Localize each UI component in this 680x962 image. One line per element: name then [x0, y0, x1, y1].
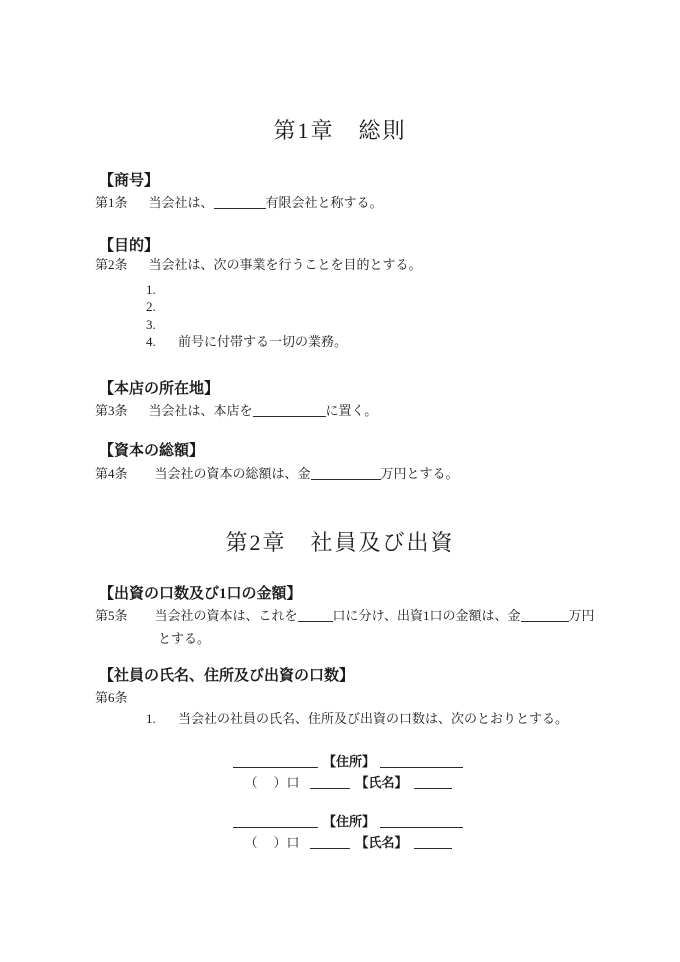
- member-2-address-line: 【住所】: [0, 812, 680, 831]
- blank-office-location: [253, 403, 326, 417]
- article-6-label: 第6条: [95, 689, 128, 707]
- blank-unit-count: [298, 608, 333, 622]
- section-header-members: 【社員の氏名、住所及び出資の口数】: [99, 666, 354, 686]
- blank-capital-amount: [311, 466, 381, 480]
- blank-address-left: [233, 814, 318, 828]
- list-item-number: 1.: [146, 281, 178, 299]
- purpose-list-item-2: 2.: [146, 298, 178, 316]
- address-label: 【住所】: [323, 814, 375, 829]
- list-item-text: 前号に付帯する一切の業務。: [178, 334, 347, 349]
- list-item-number: 1.: [146, 710, 178, 728]
- article-5-continuation: とする。: [158, 630, 210, 648]
- document-page: 第1章 総則 【商号】 第1条当会社は、有限会社と称する。 【目的】 第2条当会…: [0, 0, 680, 962]
- article-3-text-before: 当会社は、本店を: [149, 403, 253, 418]
- member-1-address-line: 【住所】: [0, 752, 680, 771]
- blank-unit-amount: [521, 608, 569, 622]
- article-1-line: 第1条当会社は、有限会社と称する。: [95, 194, 383, 212]
- article-4-label: 第4条: [95, 465, 128, 483]
- article-2-label: 第2条: [95, 256, 128, 274]
- chapter-2-title: 第2章 社員及び出資: [0, 528, 680, 558]
- list-item-text: 当会社の社員の氏名、住所及び出資の口数は、次のとおりとする。: [178, 711, 568, 726]
- article-2-text: 当会社は、次の事業を行うことを目的とする。: [149, 257, 422, 272]
- article-1-text-after: 有限会社と称する。: [266, 195, 383, 210]
- article-4-text-before: 当会社の資本の総額は、金: [155, 466, 311, 481]
- article-5-text-part3: 万円: [569, 608, 595, 623]
- article-4-line: 第4条当会社の資本の総額は、金万円とする。: [95, 465, 459, 483]
- blank-units-left: [310, 775, 350, 789]
- purpose-list-item-1: 1.: [146, 281, 178, 299]
- article-3-label: 第3条: [95, 402, 128, 420]
- article-4-text-after: 万円とする。: [381, 466, 459, 481]
- blank-company-name: [214, 195, 266, 209]
- blank-address-right: [380, 814, 463, 828]
- article-5-line: 第5条当会社の資本は、これを口に分け、出資1口の金額は、金万円: [95, 607, 595, 625]
- section-header-capital: 【資本の総額】: [99, 441, 204, 461]
- blank-name-right: [414, 835, 452, 849]
- blank-address-left: [233, 754, 318, 768]
- section-header-trade-name: 【商号】: [99, 171, 159, 191]
- chapter-1-title: 第1章 総則: [0, 116, 680, 146]
- article-5-text-part1: 当会社の資本は、これを: [155, 608, 298, 623]
- paren-open: （: [244, 775, 257, 790]
- paren-close-unit: ）口: [273, 775, 299, 790]
- article-5-label: 第5条: [95, 607, 128, 625]
- paren-open: （: [244, 835, 257, 850]
- list-item-number: 4.: [146, 333, 178, 351]
- article-1-label: 第1条: [95, 194, 128, 212]
- list-item-number: 2.: [146, 298, 178, 316]
- blank-address-right: [380, 754, 463, 768]
- name-label: 【氏名】: [356, 835, 408, 850]
- article-5-text-part2: 口に分け、出資1口の金額は、金: [333, 608, 521, 623]
- article-3-text-after: に置く。: [326, 403, 378, 418]
- member-1-units-line: （）口【氏名】: [0, 773, 680, 792]
- article-3-line: 第3条当会社は、本店をに置く。: [95, 402, 377, 420]
- paren-close-unit: ）口: [273, 835, 299, 850]
- address-label: 【住所】: [323, 754, 375, 769]
- name-label: 【氏名】: [356, 775, 408, 790]
- section-header-units: 【出資の口数及び1口の金額】: [99, 584, 302, 604]
- article-1-text-before: 当会社は、: [149, 195, 214, 210]
- purpose-list-item-4: 4.前号に付帯する一切の業務。: [146, 333, 347, 351]
- list-item-number: 3.: [146, 316, 178, 334]
- blank-name-right: [414, 775, 452, 789]
- blank-units-left: [310, 835, 350, 849]
- member-2-units-line: （）口【氏名】: [0, 833, 680, 852]
- section-header-head-office: 【本店の所在地】: [99, 379, 219, 399]
- section-header-purpose: 【目的】: [99, 236, 159, 256]
- article-6-item-line: 1.当会社の社員の氏名、住所及び出資の口数は、次のとおりとする。: [146, 710, 568, 728]
- article-2-line: 第2条当会社は、次の事業を行うことを目的とする。: [95, 256, 422, 274]
- purpose-list-item-3: 3.: [146, 316, 178, 334]
